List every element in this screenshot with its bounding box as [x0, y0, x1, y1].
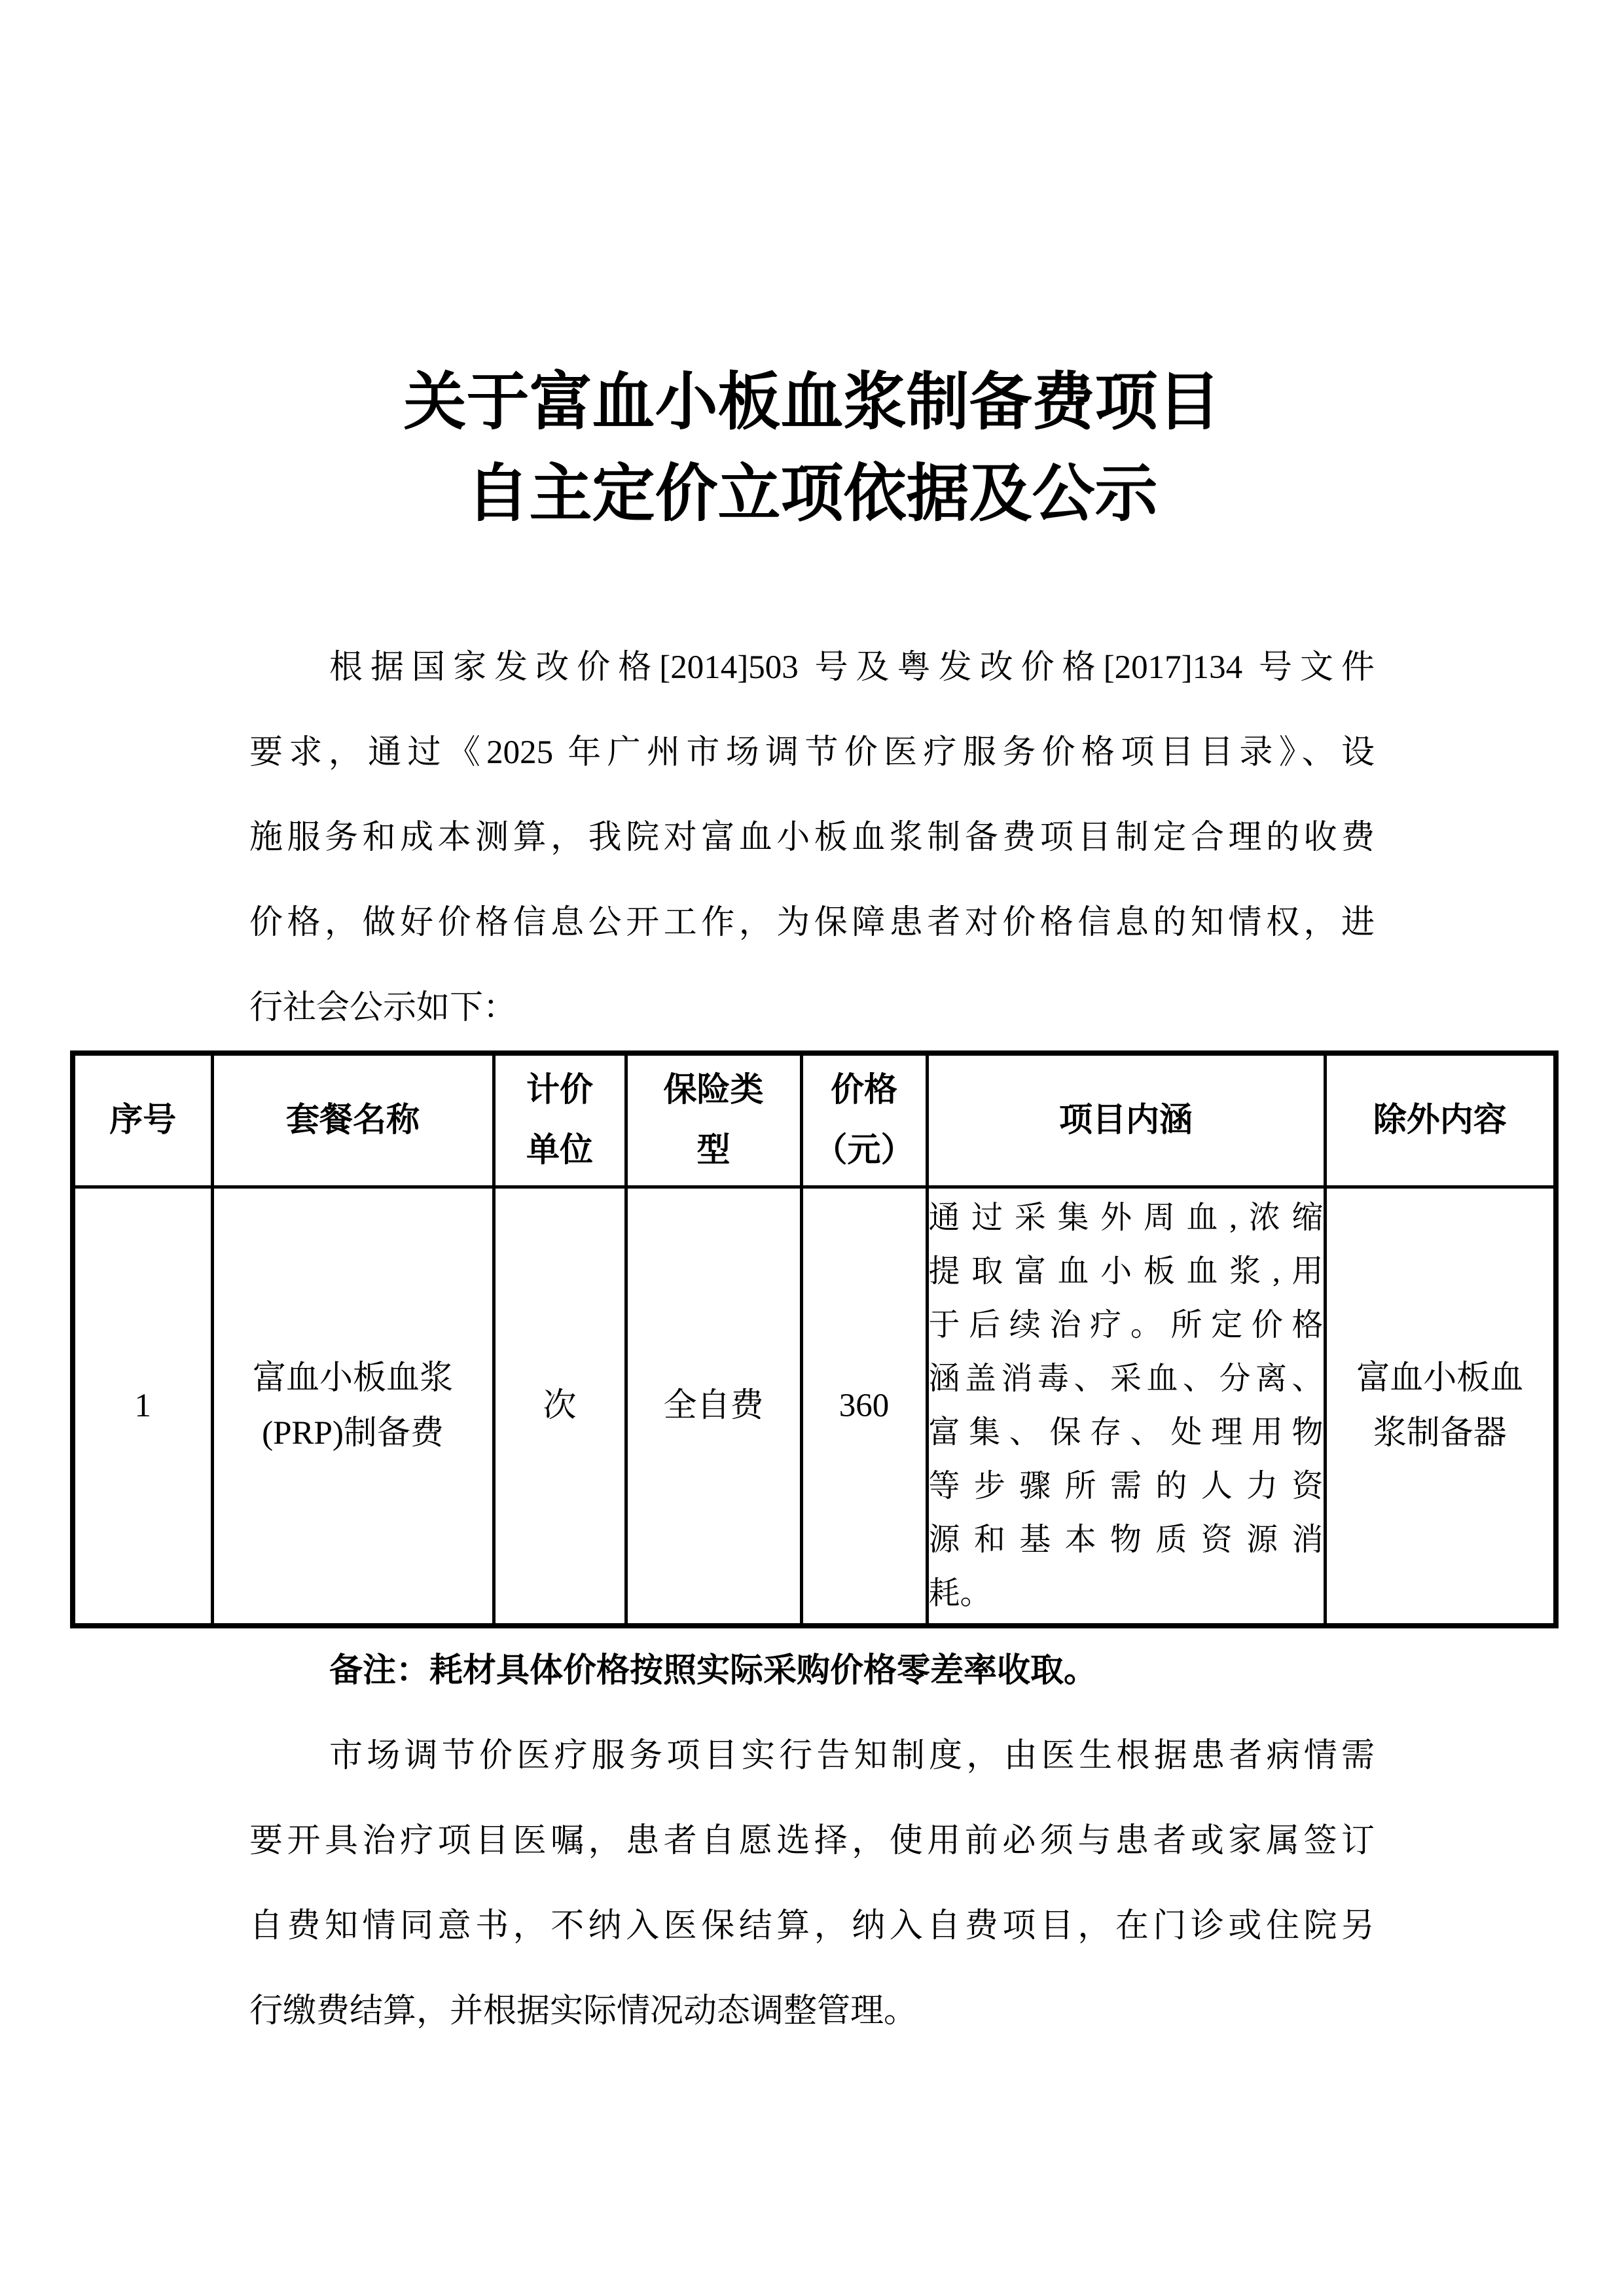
cell-content: 通过采集外周血,浓缩提取富血小板血浆,用于后续治疗。所定价格涵盖消毒、采血、分离…: [927, 1187, 1325, 1626]
text-line: 施服务和成本测算，我院对富血小板血浆制备费项目制定合理的收费: [249, 795, 1375, 880]
text-line: 富血小板血: [1327, 1351, 1554, 1406]
cell-exclusion: 富血小板血浆制备器: [1325, 1187, 1556, 1626]
header-insurance-type: 保险类 型: [626, 1053, 801, 1187]
text-line: 关于富血小板血浆制备费项目: [70, 357, 1554, 448]
pricing-table: 序号 套餐名称 计价 单位 保险类 型 价格 （元） 项目内涵 除外内容 1 富…: [70, 1050, 1559, 1628]
text-line: 行社会公示如下：: [249, 965, 1375, 1050]
document-page: 关于富血小板血浆制备费项目自主定价立项依据及公示 根据国家发改价格[2014]5…: [0, 0, 1624, 2296]
text-line: 浆制备器: [1327, 1406, 1554, 1461]
cell-package-name: 富血小板血浆(PRP)制备费: [212, 1187, 494, 1626]
text-line: 根据国家发改价格[2014]503 号及粤发改价格[2017]134 号文件: [249, 625, 1375, 710]
cell-unit: 次: [494, 1187, 626, 1626]
text-line: 提取富血小板血浆,用: [929, 1245, 1324, 1299]
table-row: 1 富血小板血浆(PRP)制备费 次 全自费 360 通过采集外周血,浓缩提取富…: [73, 1187, 1556, 1626]
header-price: 价格 （元）: [801, 1053, 927, 1187]
table-header-row: 序号 套餐名称 计价 单位 保险类 型 价格 （元） 项目内涵 除外内容: [73, 1053, 1556, 1187]
text-line: 耗。: [929, 1567, 1324, 1621]
header-content: 项目内涵: [927, 1053, 1325, 1187]
text-line: 自主定价立项依据及公示: [70, 448, 1554, 540]
header-seq: 序号: [73, 1053, 212, 1187]
text-line: (PRP)制备费: [214, 1406, 492, 1461]
document-title: 关于富血小板血浆制备费项目自主定价立项依据及公示: [70, 0, 1554, 540]
text-line: 涵盖消毒、采血、分离、: [929, 1352, 1324, 1406]
text-line: 行缴费结算，并根据实际情况动态调整管理。: [249, 1969, 1375, 2054]
text-line: 要求，通过《2025 年广州市场调节价医疗服务价格项目目录》、设: [249, 710, 1375, 795]
header-package-name: 套餐名称: [212, 1053, 494, 1187]
text-line: 要开具治疗项目医嘱，患者自愿选择，使用前必须与患者或家属签订: [249, 1799, 1375, 1884]
text-line: 富血小板血浆: [214, 1351, 492, 1406]
remark-line: 备注：耗材具体价格按照实际采购价格零差率收取。: [249, 1628, 1375, 1713]
text-line: 等步骤所需的人力资: [929, 1460, 1324, 1513]
text-line: 源和基本物质资源消: [929, 1513, 1324, 1567]
cell-price: 360: [801, 1187, 927, 1626]
text-line: 通过采集外周血,浓缩: [929, 1191, 1324, 1245]
header-exclusion: 除外内容: [1325, 1053, 1556, 1187]
cell-insurance-type: 全自费: [626, 1187, 801, 1626]
closing-paragraph: 市场调节价医疗服务项目实行告知制度，由医生根据患者病情需要开具治疗项目医嘱，患者…: [249, 1713, 1375, 2054]
text-line: 市场调节价医疗服务项目实行告知制度，由医生根据患者病情需: [249, 1713, 1375, 1799]
text-line: 价格，做好价格信息公开工作，为保障患者对价格信息的知情权，进: [249, 880, 1375, 965]
cell-seq: 1: [73, 1187, 212, 1626]
text-line: 于后续治疗。所定价格: [929, 1299, 1324, 1352]
intro-paragraph: 根据国家发改价格[2014]503 号及粤发改价格[2017]134 号文件要求…: [249, 625, 1375, 1050]
text-line: 富集、保存、处理用物: [929, 1406, 1324, 1460]
text-line: 自费知情同意书，不纳入医保结算，纳入自费项目，在门诊或住院另: [249, 1884, 1375, 1969]
header-unit: 计价 单位: [494, 1053, 626, 1187]
